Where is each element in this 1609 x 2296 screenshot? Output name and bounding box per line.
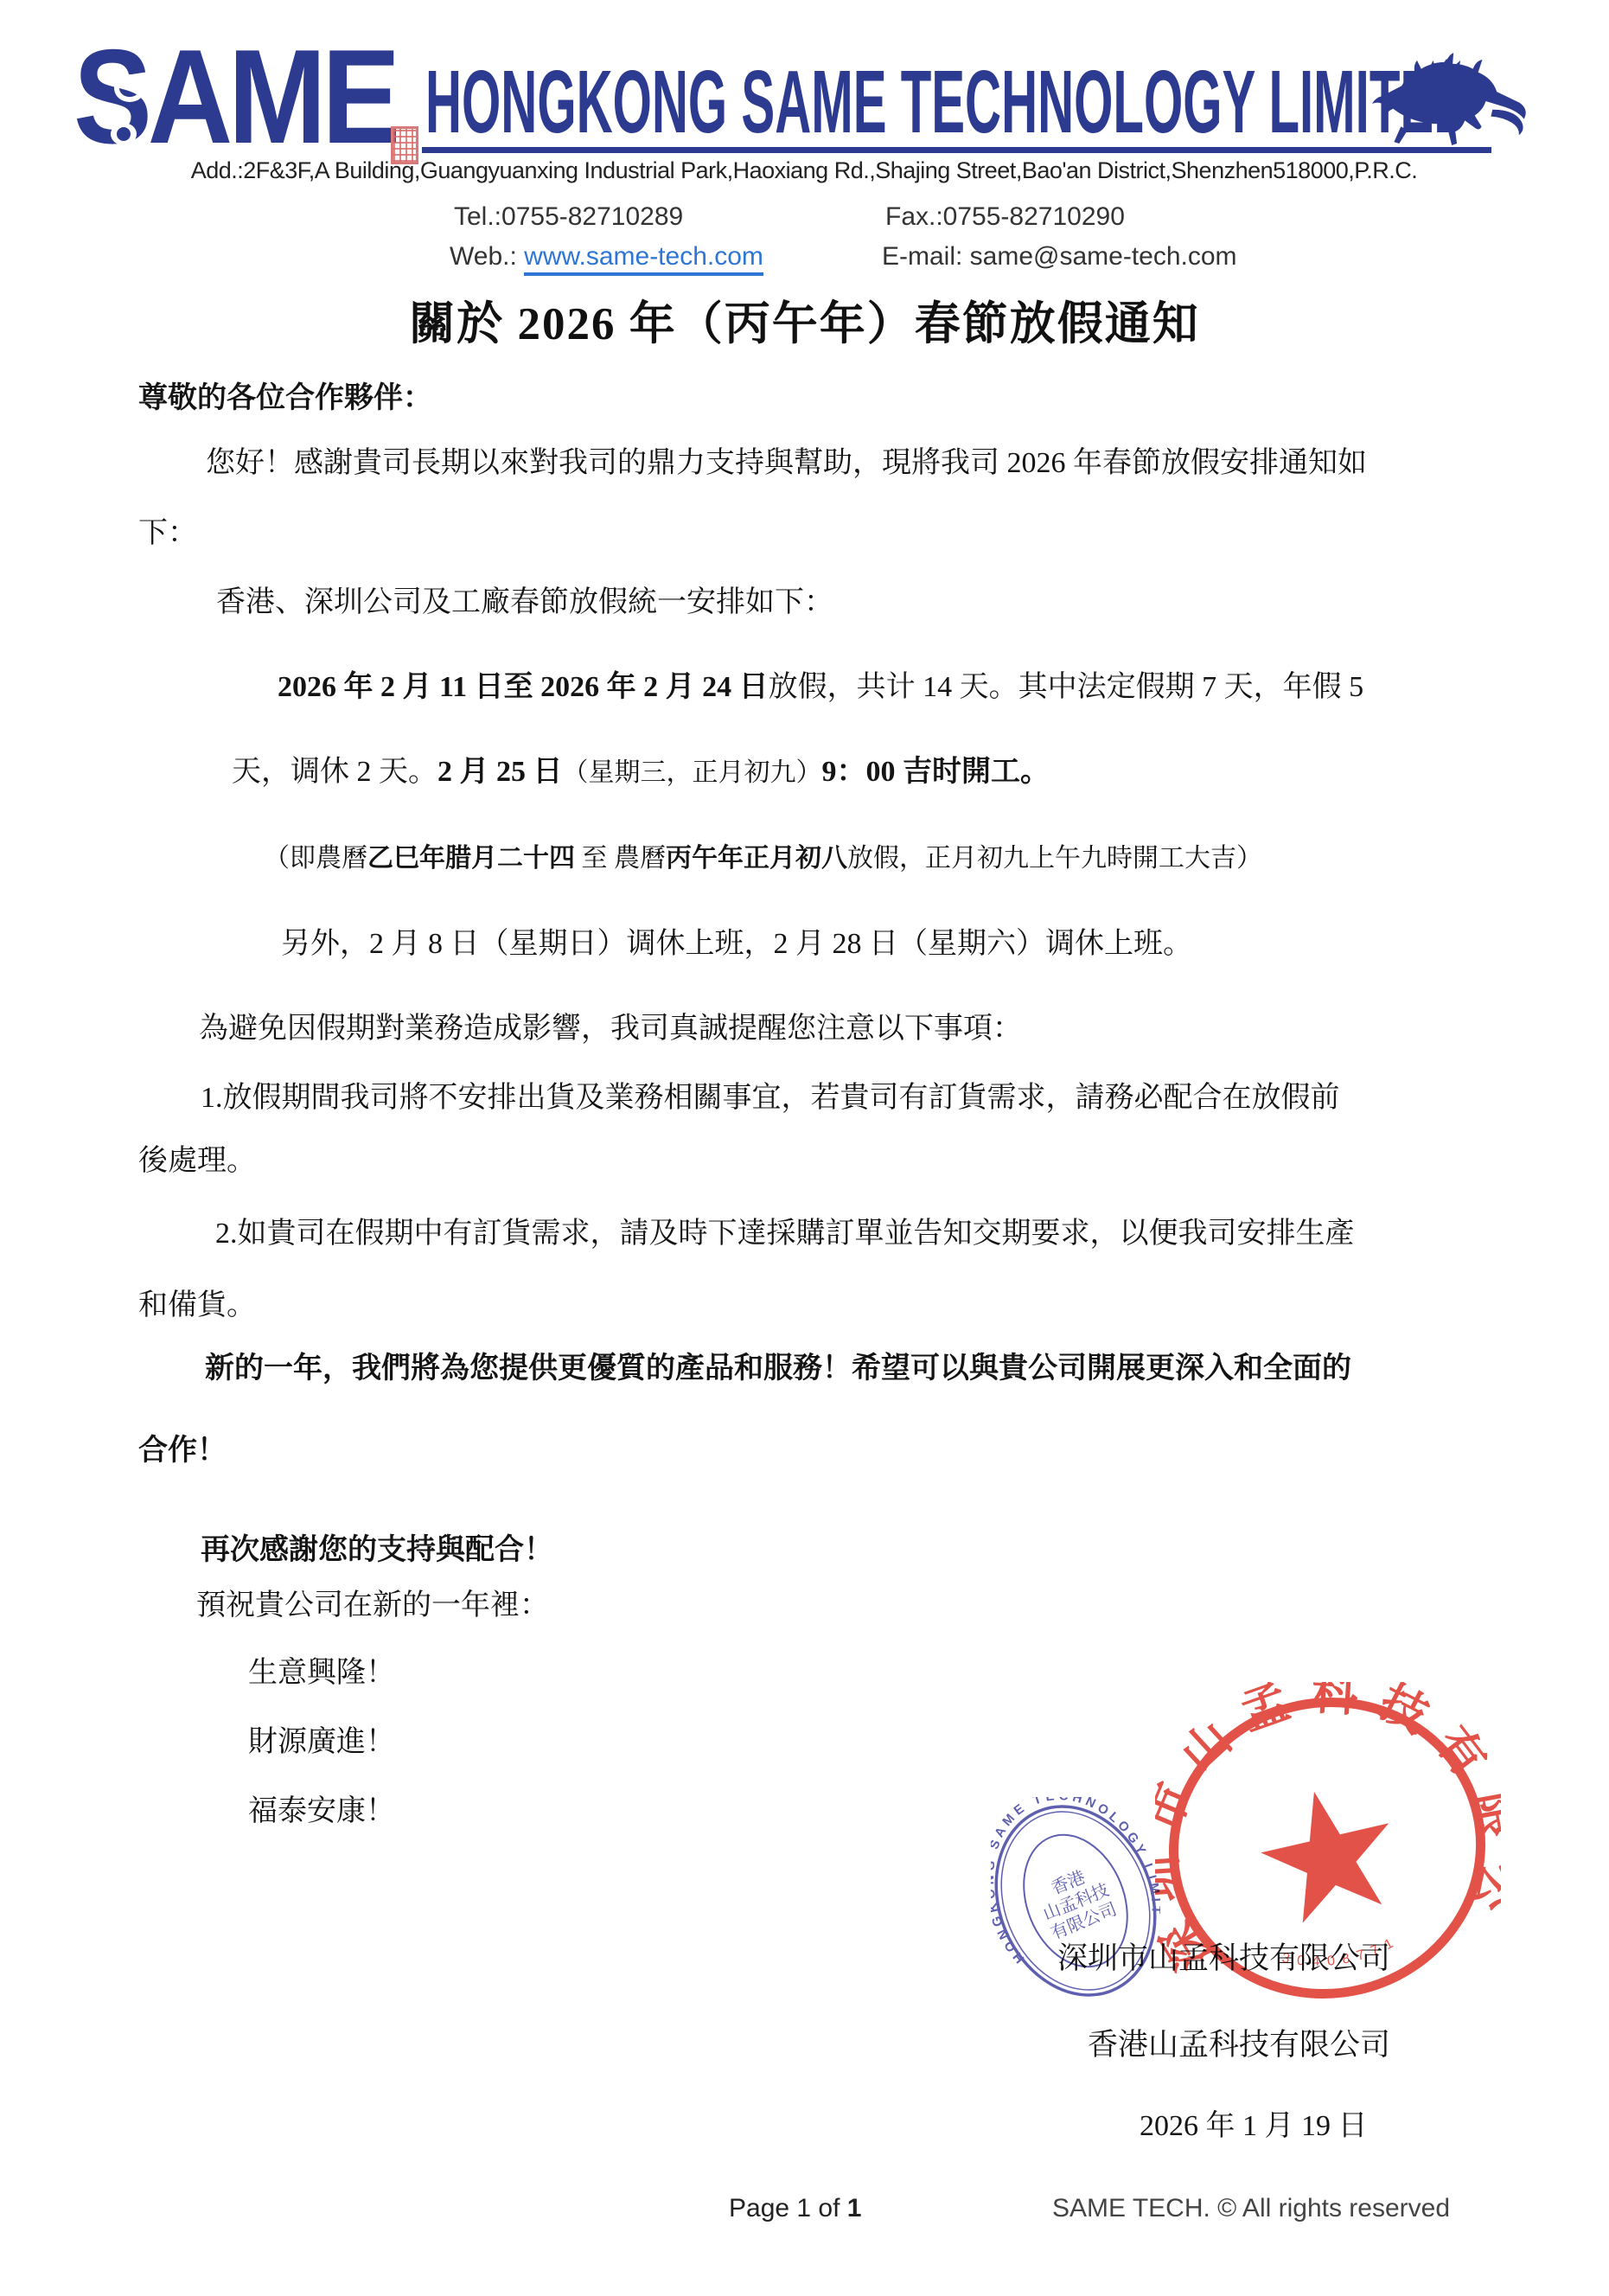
tel-value: Tel.:0755-82710289 bbox=[454, 202, 683, 232]
company-name-en: HONGKONG SAME TECHNOLOGY LIMITED bbox=[425, 55, 1470, 149]
wish-line-1: 生意興隆！ bbox=[248, 1656, 395, 1692]
resume-pre: 天，调休 2 天。 bbox=[232, 756, 437, 788]
body-line: 下： bbox=[138, 516, 197, 552]
lunar-start: 乙巳年腊月二十四 bbox=[367, 844, 575, 873]
resume-date: 2 月 25 日 bbox=[437, 756, 563, 788]
holiday-date-range: 2026 年 2 月 11 日至 2026 年 2 月 24 日 bbox=[278, 671, 769, 703]
star-icon bbox=[1250, 1777, 1407, 1928]
holiday-date-rest: 放假，共计 14 天。其中法定假期 7 天，年假 5 bbox=[769, 671, 1364, 703]
lunar-post: 放假，正月初九上午九時開工大吉） bbox=[847, 844, 1262, 873]
lunar-pre: （即農曆 bbox=[264, 844, 367, 873]
web-link[interactable]: www.same-tech.com bbox=[524, 242, 763, 276]
red-company-stamp: 深圳市山孟科技有限公司 30408771 bbox=[1155, 1682, 1501, 2028]
web-row: Web.: www.same-tech.com bbox=[450, 242, 763, 272]
body-line: 香港、深圳公司及工廠春節放假統一安排如下： bbox=[216, 585, 833, 621]
footer-page-number: Page 1 of 1 bbox=[729, 2194, 861, 2223]
item1-line-cont: 後處理。 bbox=[138, 1144, 256, 1180]
winged-lion-logo-icon bbox=[1364, 52, 1556, 145]
resume-weekday: （星期三，正月初九） bbox=[563, 758, 822, 787]
item2-line-cont: 和備貨。 bbox=[138, 1289, 256, 1324]
resume-time: 9：00 吉时開工。 bbox=[822, 756, 1050, 788]
email-value: E-mail: same@same-tech.com bbox=[882, 242, 1237, 272]
wish-intro-line: 預祝貴公司在新的一年裡： bbox=[196, 1589, 549, 1624]
header-divider bbox=[422, 147, 1491, 153]
item2-line: 2.如貴司在假期中有訂貨需求，請及時下達採購訂單並告知交期要求，以便我司安排生產 bbox=[215, 1217, 1355, 1252]
lunar-end: 丙午年正月初八 bbox=[666, 844, 847, 873]
thanks-line: 再次感謝您的支持與配合！ bbox=[201, 1533, 553, 1569]
lunar-line: （即農曆乙巳年腊月二十四 至 農曆丙午年正月初八放假，正月初九上午九時開工大吉） bbox=[264, 843, 1262, 874]
wish-line-3: 福泰安康！ bbox=[248, 1794, 395, 1830]
svg-text:30408771: 30408771 bbox=[1278, 1924, 1405, 1981]
resume-work-line: 天，调休 2 天。2 月 25 日（星期三，正月初九）9：00 吉时開工。 bbox=[232, 755, 1050, 790]
notice-intro-line: 為避免因假期對業務造成影響，我司真誠提醒您注意以下事項： bbox=[199, 1012, 1022, 1047]
document-page: SAME HONGKONG SAME TECHNOLOGY LIMITED Ad… bbox=[0, 0, 1609, 2296]
newyear-line: 新的一年，我們將為您提供更優質的產品和服務！希望可以與貴公司開展更深入和全面的 bbox=[205, 1352, 1351, 1387]
red-stamp-serial: 30408771 bbox=[1278, 1924, 1405, 1981]
greeting: 尊敬的各位合作夥伴： bbox=[138, 381, 432, 417]
lunar-mid: 至 農曆 bbox=[575, 844, 666, 873]
newyear-line-cont: 合作！ bbox=[138, 1434, 227, 1469]
notice-title: 關於 2026 年（丙午年）春節放假通知 bbox=[0, 287, 1609, 353]
footer-page-num: 1 bbox=[847, 2194, 862, 2222]
fax-value: Fax.:0755-82710290 bbox=[885, 202, 1125, 232]
holiday-dates-line: 2026 年 2 月 11 日至 2026 年 2 月 24 日放假，共计 14… bbox=[278, 670, 1363, 706]
footer-page-label: Page 1 of bbox=[729, 2194, 847, 2222]
wish-line-2: 財源廣進！ bbox=[248, 1725, 395, 1761]
body-line: 您好！感謝貴司長期以來對我司的鼎力支持與幫助，現將我司 2026 年春節放假安排… bbox=[206, 446, 1367, 482]
footer-copyright: SAME TECH. © All rights reserved bbox=[1052, 2194, 1450, 2223]
address-line: Add.:2F&3F,A Building,Guangyuanxing Indu… bbox=[104, 157, 1504, 184]
blue-company-stamp: HONGKONG SAME TECHNOLOGY LIMITED 香港 山孟科技… bbox=[991, 1797, 1160, 2005]
signature-date: 2026 年 1 月 19 日 bbox=[1140, 2101, 1368, 2144]
item1-line: 1.放假期間我司將不安排出貨及業務相關事宜，若貴司有訂貨需求，請務必配合在放假前 bbox=[201, 1081, 1340, 1116]
web-label: Web.: bbox=[450, 242, 524, 271]
makeup-workday-line: 另外，2 月 8 日（星期日）调休上班，2 月 28 日（星期六）调休上班。 bbox=[281, 927, 1192, 963]
logo-ring-decoration bbox=[114, 74, 145, 102]
logo-dot-decoration bbox=[111, 123, 137, 145]
